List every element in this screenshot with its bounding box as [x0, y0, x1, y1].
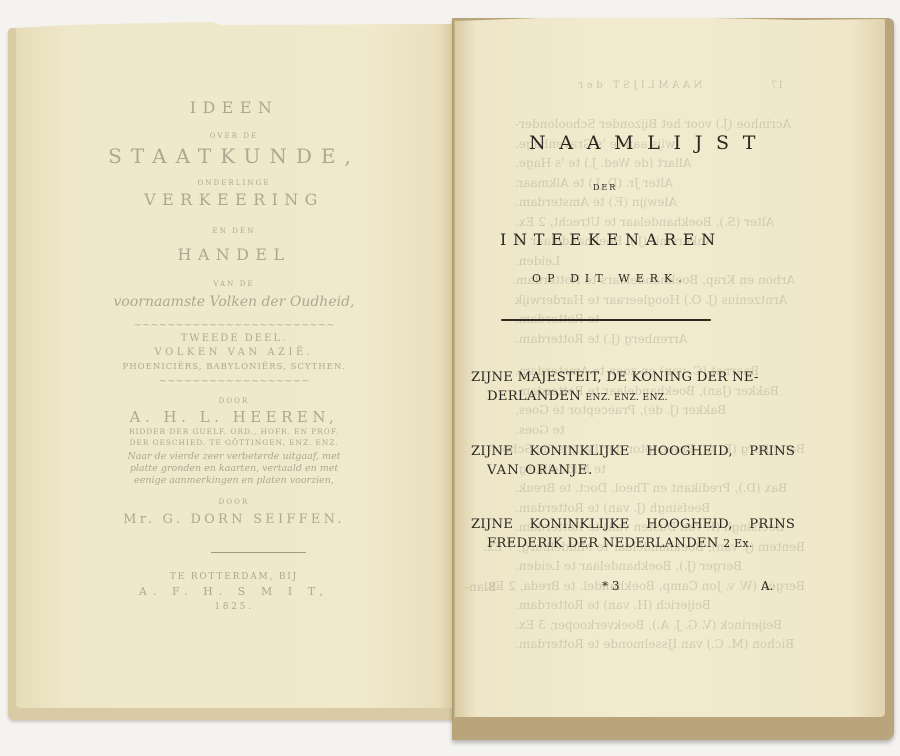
bleed-running-head: NAAMLIJST der — [575, 80, 702, 91]
title-van-de: VAN DE — [16, 280, 452, 288]
title-edition-2: platte gronden en kaarten, vertaald en m… — [16, 463, 452, 474]
right-page-subscriber-list: NAAMLIJST der 17 Acrinhoe (J.) voor het … — [455, 17, 885, 717]
heading-op-dit-werk: OP DIT WERK. — [532, 272, 688, 285]
title-voornaamste-volken: voornaamste Volken der Oudheid, — [16, 294, 452, 310]
title-ideen: IDEEN — [16, 98, 452, 117]
title-staatkunde: STAATKUNDE, — [16, 144, 452, 168]
title-author-credentials-2: DER GESCHIED. TE GÖTTINGEN, ENZ. ENZ. — [16, 438, 452, 447]
book-gutter — [452, 20, 455, 720]
title-subtitle-2: PHOENICIËRS, BABYLONIËRS, SCYTHEN. — [16, 362, 452, 372]
title-verkeering: VERKEERING — [16, 190, 452, 209]
title-author-credentials-1: RIDDER DER GUELF. ORD., HOFR. EN PROF. — [16, 427, 452, 436]
heading-naamlijst: NAAMLIJST — [529, 132, 769, 154]
title-translator: Mr. G. DORN SEIFFEN. — [16, 512, 452, 527]
title-en-den: EN DEN — [16, 227, 452, 235]
title-edition-3: eenige aanmerkingen en platen voorzien, — [16, 475, 452, 486]
title-onderlinge: ONDERLINGE — [16, 179, 452, 187]
subscriber-entry-3: ZIJNE KONINKLIJKE HOOGHEID, PRINS FREDER… — [471, 515, 795, 553]
title-handel: HANDEL — [16, 245, 452, 264]
ornament-rule-1: ~~~~~~~~~~~~~~~~~~~~~~~~ — [16, 320, 452, 331]
bleed-page-number: 17 — [771, 80, 784, 91]
subscriber-entry-1: ZIJNE MAJESTEIT, DE KONING DER NE- DERLA… — [471, 368, 759, 408]
title-divider — [211, 552, 306, 553]
title-door-1: DOOR — [16, 397, 452, 405]
title-edition-1: Naar de vierde zeer verbeterde uitgaaf, … — [16, 451, 452, 462]
title-author: A. H. L. HEEREN, — [16, 408, 452, 426]
title-place: TE ROTTERDAM, BIJ — [16, 572, 452, 582]
title-year: 1825. — [16, 602, 452, 612]
title-subtitle-1: VOLKEN VAN AZIË. — [16, 347, 452, 358]
catchword: A. — [761, 579, 773, 593]
heading-inteekenaren: INTEEKENAREN — [500, 230, 722, 249]
left-page-title-page: IDEEN OVER DE STAATKUNDE, ONDERLINGE VER… — [16, 22, 452, 708]
title-publisher: A. F. H. S M I T, — [16, 585, 452, 598]
heading-rule — [501, 319, 711, 321]
open-book: IDEEN OVER DE STAATKUNDE, ONDERLINGE VER… — [0, 0, 900, 756]
title-door-2: DOOR — [16, 498, 452, 506]
title-part: TWEEDE DEEL. — [16, 333, 452, 344]
title-over-de: OVER DE — [16, 132, 452, 140]
bleed-catchword: -Blan- — [465, 578, 505, 598]
heading-der: DER — [593, 183, 617, 192]
signature-mark: * 3 — [602, 579, 619, 593]
subscriber-entry-2: ZIJNE KONINKLIJKE HOOGHEID, PRINS VAN OR… — [471, 442, 795, 480]
ornament-rule-2: ~~~~~~~~~~~~~~~~~~ — [16, 376, 452, 387]
